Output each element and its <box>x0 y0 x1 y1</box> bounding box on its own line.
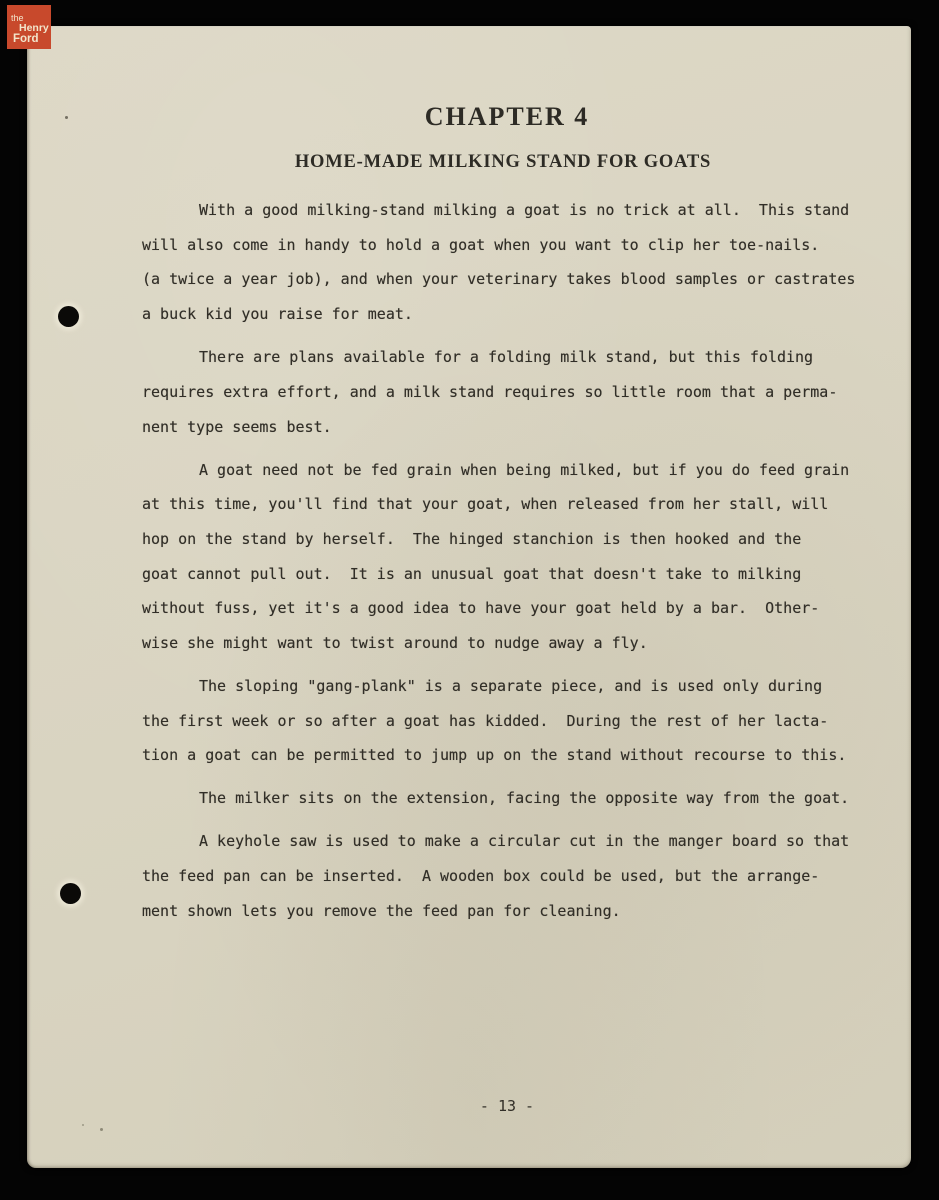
text-line: A keyhole saw is used to make a circular… <box>142 824 858 859</box>
page-number: - 13 - <box>142 1089 872 1124</box>
text-line: requires extra effort, and a milk stand … <box>142 375 858 410</box>
paper-speck <box>82 1124 84 1126</box>
text-line: The sloping "gang-plank" is a separate p… <box>142 669 858 704</box>
henry-ford-logo-ford: Ford <box>13 34 39 46</box>
text-line: With a good milking-stand milking a goat… <box>142 193 858 228</box>
page-subtitle: HOME-MADE MILKING STAND FOR GOATS <box>142 152 864 173</box>
text-line: will also come in handy to hold a goat w… <box>142 228 858 263</box>
paper-speck <box>65 116 68 119</box>
paragraph: A goat need not be fed grain when being … <box>142 453 858 661</box>
punch-hole-bottom <box>60 883 81 904</box>
text-line: tion a goat can be permitted to jump up … <box>142 738 858 773</box>
text-line: at this time, you'll find that your goat… <box>142 487 858 522</box>
text-line: ment shown lets you remove the feed pan … <box>142 894 858 929</box>
henry-ford-logo-henry: Henry <box>19 23 49 34</box>
text-line: goat cannot pull out. It is an unusual g… <box>142 557 858 592</box>
text-line: A goat need not be fed grain when being … <box>142 453 858 488</box>
paragraph: With a good milking-stand milking a goat… <box>142 193 858 332</box>
text-line: wise she might want to twist around to n… <box>142 626 858 661</box>
text-line: the first week or so after a goat has ki… <box>142 704 858 739</box>
text-line: hop on the stand by herself. The hinged … <box>142 522 858 557</box>
text-line: nent type seems best. <box>142 410 858 445</box>
scan-background: the Henry Ford CHAPTER 4 HOME-MADE MILKI… <box>0 0 939 1200</box>
text-line: There are plans available for a folding … <box>142 340 858 375</box>
paragraph: The milker sits on the extension, facing… <box>142 781 858 816</box>
paper-speck <box>100 1128 103 1131</box>
chapter-title: CHAPTER 4 <box>142 102 872 132</box>
document-page: CHAPTER 4 HOME-MADE MILKING STAND FOR GO… <box>27 26 911 1168</box>
paragraph: The sloping "gang-plank" is a separate p… <box>142 669 858 773</box>
text-line: the feed pan can be inserted. A wooden b… <box>142 859 858 894</box>
text-line: The milker sits on the extension, facing… <box>142 781 858 816</box>
paragraph: A keyhole saw is used to make a circular… <box>142 824 858 928</box>
body-text: With a good milking-stand milking a goat… <box>142 193 858 929</box>
henry-ford-logo: the Henry Ford <box>7 5 51 49</box>
text-line: a buck kid you raise for meat. <box>142 297 858 332</box>
punch-hole-top <box>58 306 79 327</box>
text-line: (a twice a year job), and when your vete… <box>142 262 858 297</box>
paragraph: There are plans available for a folding … <box>142 340 858 444</box>
text-line: without fuss, yet it's a good idea to ha… <box>142 591 858 626</box>
